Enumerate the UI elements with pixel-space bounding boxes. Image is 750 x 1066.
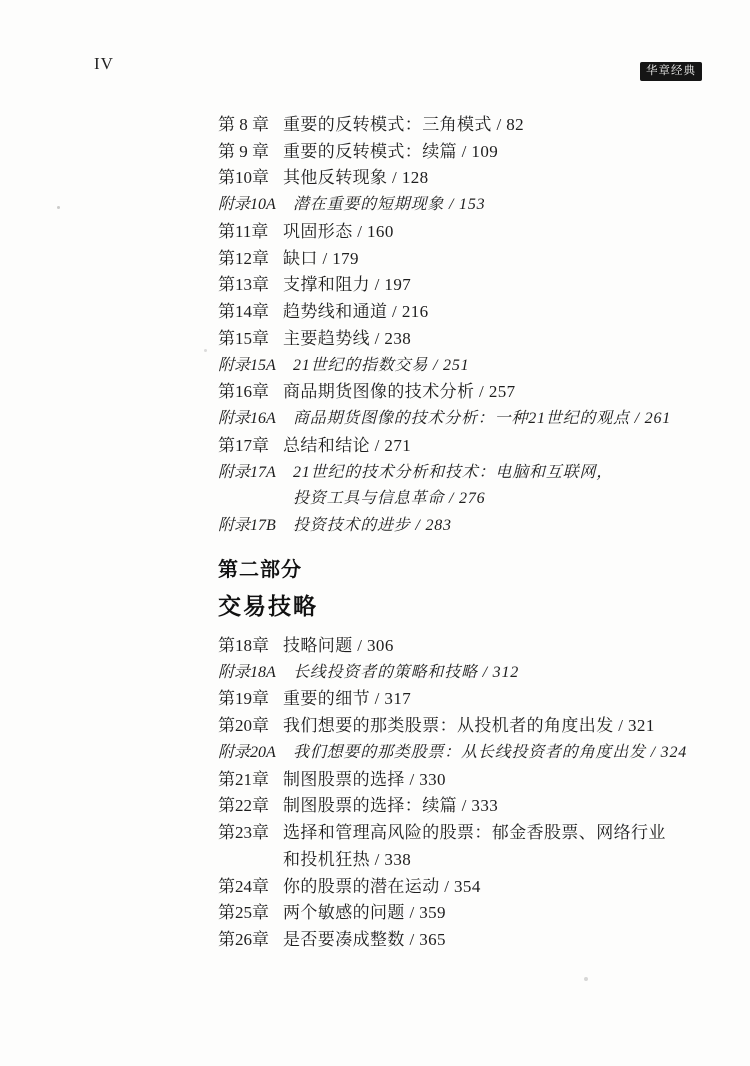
part2-heading: 第二部分 交易技略 [218, 558, 318, 619]
toc-entry-text: 和投机狂热 / 338 [283, 845, 411, 870]
toc-entry: 第15章 主要趋势线 / 238 [218, 323, 730, 350]
toc-entry: 第 8 章 重要的反转模式：三角模式 / 82 [218, 109, 730, 136]
toc-entry-text: 制图股票的选择：续篇 / 333 [283, 791, 498, 816]
toc-entry: 附录16A 商品期货图像的技术分析：一种21世纪的观点 / 261 [218, 403, 730, 430]
toc-entry-label: 附录15A [218, 352, 293, 375]
toc-entry-text: 趋势线和通道 / 216 [283, 297, 429, 322]
toc-entry-label: 附录10A [218, 191, 293, 214]
toc-entry: 第11章 巩固形态 / 160 [218, 216, 730, 243]
toc-entry-label: 第25章 [218, 898, 283, 923]
toc-entry: 第23章 选择和管理高风险的股票：郁金香股票、网络行业 [218, 817, 730, 844]
part2-label: 第二部分 [218, 558, 318, 582]
toc-entry-label: 第26章 [218, 925, 283, 950]
toc-entry-text: 巩固形态 / 160 [283, 217, 394, 242]
toc-entry-text: 你的股票的潜在运动 / 354 [283, 872, 481, 897]
toc-entry-label: 第22章 [218, 791, 283, 816]
scan-speck [57, 206, 60, 209]
toc-entry-label: 第 9 章 [218, 137, 283, 162]
toc-entry-text: 缺口 / 179 [283, 244, 359, 269]
toc-entry: 第10章 其他反转现象 / 128 [218, 163, 730, 190]
toc-entry: 附录17A 21世纪的技术分析和技术：电脑和互联网， [218, 457, 730, 484]
toc-entry-text: 投资技术的进步 / 283 [293, 512, 452, 535]
toc-entry-label: 附录17A [218, 459, 293, 482]
toc-entry: 第16章 商品期货图像的技术分析 / 257 [218, 377, 730, 404]
toc-entry-continuation: 和投机狂热 / 338 [218, 844, 730, 871]
toc-entry-text: 商品期货图像的技术分析：一种21世纪的观点 / 261 [293, 405, 671, 428]
toc-entry-continuation: 投资工具与信息革命 / 276 [218, 484, 730, 511]
toc-entry-text: 商品期货图像的技术分析 / 257 [283, 377, 516, 402]
toc-entry-text: 选择和管理高风险的股票：郁金香股票、网络行业 [283, 818, 666, 843]
toc-entry-text: 我们想要的那类股票：从投机者的角度出发 / 321 [283, 711, 655, 736]
toc-entry: 第22章 制图股票的选择：续篇 / 333 [218, 791, 730, 818]
toc-entry: 第14章 趋势线和通道 / 216 [218, 296, 730, 323]
toc-entry: 附录20A 我们想要的那类股票：从长线投资者的角度出发 / 324 [218, 737, 730, 764]
toc-entry: 第18章 技略问题 / 306 [218, 630, 730, 657]
toc-entry-text: 制图股票的选择 / 330 [283, 765, 446, 790]
part2-title: 交易技略 [218, 593, 318, 619]
toc-entry-label: 第20章 [218, 711, 283, 736]
toc-entry: 附录10A 潜在重要的短期现象 / 153 [218, 189, 730, 216]
toc-entry: 第19章 重要的细节 / 317 [218, 684, 730, 711]
toc-entry-text: 长线投资者的策略和技略 / 312 [293, 659, 519, 682]
scan-speck [204, 349, 207, 352]
toc-entry-label: 第17章 [218, 431, 283, 456]
toc-entry-text: 其他反转现象 / 128 [283, 163, 429, 188]
toc-entry-text: 总结和结论 / 271 [283, 431, 411, 456]
toc-entry-text: 潜在重要的短期现象 / 153 [293, 191, 485, 214]
toc-entry: 第12章 缺口 / 179 [218, 243, 730, 270]
toc-entry-text: 重要的反转模式：续篇 / 109 [283, 137, 498, 162]
toc-entry-label: 第14章 [218, 297, 283, 322]
toc-entry-label: 附录16A [218, 405, 293, 428]
toc-part2: 第18章 技略问题 / 306 附录18A 长线投资者的策略和技略 / 312 … [218, 630, 730, 951]
toc-entry-label: 第18章 [218, 631, 283, 656]
toc-entry-label: 附录18A [218, 659, 293, 682]
toc-entry-text: 我们想要的那类股票：从长线投资者的角度出发 / 324 [293, 739, 687, 762]
toc-entry-text: 是否要凑成整数 / 365 [283, 925, 446, 950]
toc-entry: 第 9 章 重要的反转模式：续篇 / 109 [218, 136, 730, 163]
toc-entry-text: 支撑和阻力 / 197 [283, 270, 411, 295]
toc-entry-label: 第24章 [218, 872, 283, 897]
toc-entry: 附录18A 长线投资者的策略和技略 / 312 [218, 657, 730, 684]
toc-entry-text: 技略问题 / 306 [283, 631, 394, 656]
toc-entry-label: 第12章 [218, 244, 283, 269]
toc-entry: 第24章 你的股票的潜在运动 / 354 [218, 871, 730, 898]
toc-entry-label: 第10章 [218, 163, 283, 188]
toc-entry-label: 第15章 [218, 324, 283, 349]
toc-entry-label: 附录17B [218, 512, 293, 535]
toc-entry-label: 第13章 [218, 270, 283, 295]
toc-entry: 第25章 两个敏感的问题 / 359 [218, 898, 730, 925]
page-number: IV [94, 54, 114, 74]
toc-entry-text: 重要的反转模式：三角模式 / 82 [283, 110, 524, 135]
toc-entry: 第13章 支撑和阻力 / 197 [218, 270, 730, 297]
toc-entry: 第26章 是否要凑成整数 / 365 [218, 924, 730, 951]
toc-entry: 第17章 总结和结论 / 271 [218, 430, 730, 457]
toc-entry-text: 投资工具与信息革命 / 276 [293, 485, 485, 508]
toc-entry-text: 21世纪的技术分析和技术：电脑和互联网， [293, 459, 613, 482]
toc-entry-text: 主要趋势线 / 238 [283, 324, 411, 349]
toc-entry-text: 21世纪的指数交易 / 251 [293, 352, 469, 375]
toc-entry-label: 第 8 章 [218, 110, 283, 135]
toc-entry-text: 重要的细节 / 317 [283, 684, 411, 709]
toc-entry: 附录15A 21世纪的指数交易 / 251 [218, 350, 730, 377]
toc-entry-label: 第11章 [218, 217, 283, 242]
brand-badge: 华章经典 [640, 62, 702, 81]
scan-speck [584, 977, 588, 981]
toc-entry: 第20章 我们想要的那类股票：从投机者的角度出发 / 321 [218, 710, 730, 737]
toc-entry: 附录17B 投资技术的进步 / 283 [218, 510, 730, 537]
scanned-toc-page: IV 华章经典 第 8 章 重要的反转模式：三角模式 / 82 第 9 章 重要… [0, 0, 750, 1066]
toc-entry-label: 第21章 [218, 765, 283, 790]
toc-part1: 第 8 章 重要的反转模式：三角模式 / 82 第 9 章 重要的反转模式：续篇… [218, 109, 730, 537]
toc-entry-label: 第16章 [218, 377, 283, 402]
toc-entry-label: 附录20A [218, 739, 293, 762]
toc-entry: 第21章 制图股票的选择 / 330 [218, 764, 730, 791]
toc-entry-label: 第23章 [218, 818, 283, 843]
toc-entry-label: 第19章 [218, 684, 283, 709]
toc-entry-text: 两个敏感的问题 / 359 [283, 898, 446, 923]
